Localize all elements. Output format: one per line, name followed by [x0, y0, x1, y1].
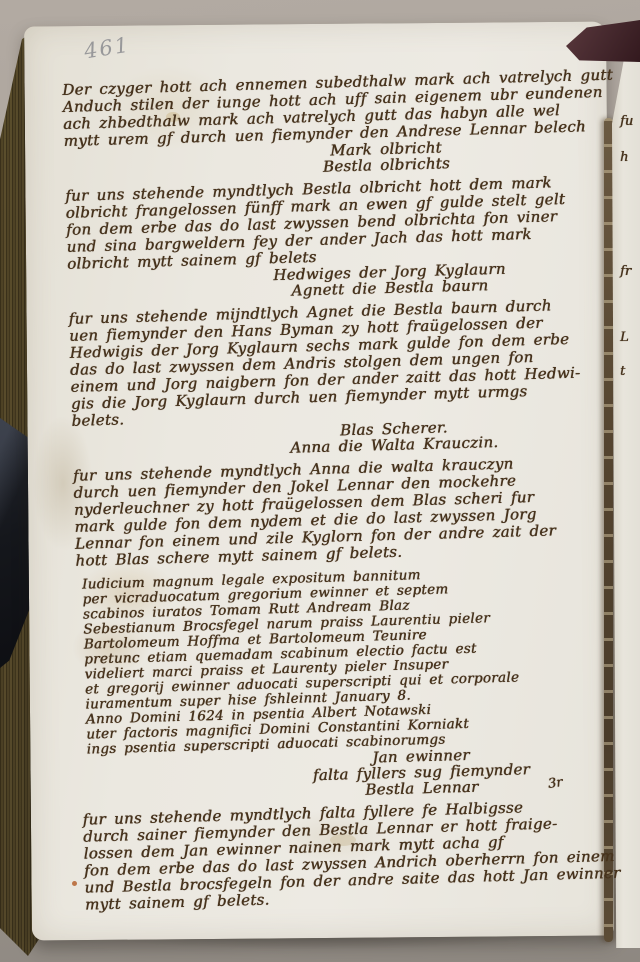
manuscript-photo: fu h fr L t 461 Der czyger hott ach enne…	[0, 0, 640, 962]
entry-paragraph-2: fur uns stehende myndtlych Bestla olbric…	[65, 173, 595, 273]
facing-page-sliver: fu h fr L t	[612, 42, 640, 948]
rust-speck	[72, 881, 77, 886]
ink-fragment: L	[620, 330, 629, 345]
entry-paragraph-3: fur uns stehende mijndtlych Agnet die Be…	[68, 296, 599, 430]
ink-fragment: t	[620, 364, 625, 379]
latin-court-record: Iudicium magnum legale expositum bannitu…	[76, 563, 609, 758]
entry-paragraph-5: fur uns stehende myndtlych falta fyllere…	[82, 797, 613, 914]
margin-note: 3r	[547, 775, 563, 792]
entry-paragraph-4: fur uns stehende myndtlych Anna die walt…	[73, 453, 604, 570]
handwritten-text: Der czyger hott ach ennemen subedthalw m…	[62, 67, 613, 913]
ink-fragment: fu	[620, 114, 633, 129]
